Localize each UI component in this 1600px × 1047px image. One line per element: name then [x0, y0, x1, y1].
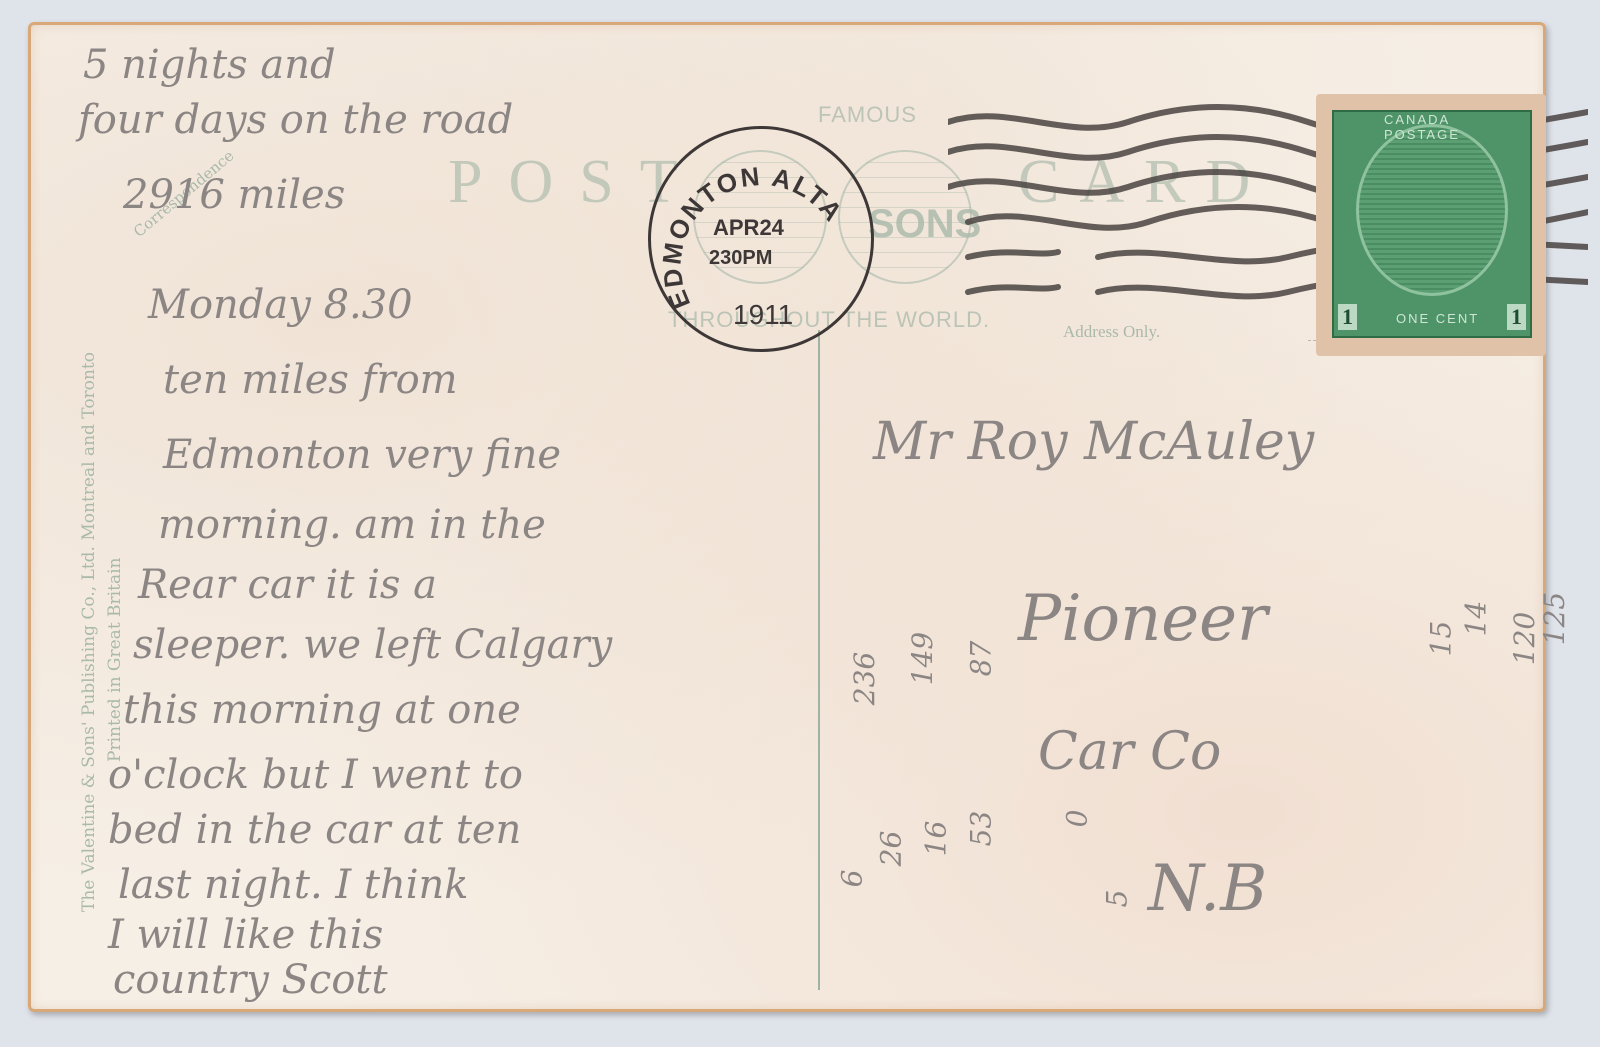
tally-number: 15 [1424, 621, 1457, 657]
tally-number: 53 [964, 811, 997, 847]
tally-number: 120 [1508, 612, 1541, 665]
stamp-country: CANADA POSTAGE [1384, 112, 1530, 142]
message-line: bed in the car at ten [108, 807, 521, 853]
address-line: N.B [1148, 852, 1267, 926]
postage-stamp: CANADA POSTAGE ONE CENT 1 1 [1316, 94, 1546, 356]
stamp-value-text: ONE CENT [1396, 311, 1479, 326]
tally-number: 14 [1459, 601, 1492, 637]
message-line: sleeper. we left Calgary [133, 622, 612, 668]
tally-number: 6 [835, 870, 868, 888]
tally-number: 26 [874, 831, 907, 867]
postmark-year: 1911 [733, 299, 793, 331]
king-portrait-icon [1356, 124, 1508, 296]
tally-number: 87 [964, 641, 997, 677]
message-line: country Scott [113, 957, 388, 1003]
tally-number: 125 [1538, 592, 1571, 645]
tally-number: 0 [1060, 810, 1093, 828]
message-line: I will like this [108, 912, 383, 958]
address-name: Mr Roy McAuley [873, 412, 1314, 472]
message-line: last night. I think [118, 862, 469, 908]
postmark-date: APR24 [713, 215, 784, 241]
postmark: EDMONTON ALTA APR24 230PM 1911 [648, 126, 874, 352]
stamp-denomination-right: 1 [1507, 304, 1526, 330]
message-line: morning. am in the [158, 502, 546, 548]
divider-line [818, 330, 820, 990]
message-line: o'clock but I went to [108, 752, 523, 798]
message-line: 5 nights and [83, 42, 336, 88]
message-line: four days on the road [78, 97, 513, 143]
postmark-time: 230PM [709, 247, 772, 270]
stamp-denomination-left: 1 [1338, 304, 1357, 330]
publisher-line: The Valentine & Sons' Publishing Co., Lt… [76, 352, 102, 912]
message-line: Edmonton very fine [163, 432, 561, 478]
tally-number: 149 [906, 632, 939, 685]
tally-number: 16 [919, 821, 952, 857]
famous-label: FAMOUS [818, 102, 917, 128]
address-line: Car Co [1038, 722, 1221, 782]
tally-number: 5 [1100, 890, 1133, 908]
message-line: this morning at one [123, 687, 521, 733]
message-line: Monday 8.30 [148, 282, 413, 328]
message-line: ten miles from [163, 357, 458, 403]
message-line: Rear car it is a [138, 562, 437, 608]
tally-number: 236 [848, 652, 881, 705]
address-line: Pioneer [1018, 582, 1268, 656]
message-line: 2916 miles [123, 172, 345, 218]
postcard-back: POST CARD FAMOUS SONS THROUGHOUT THE WOR… [28, 22, 1546, 1012]
stamp-design: CANADA POSTAGE ONE CENT 1 1 [1332, 110, 1532, 338]
